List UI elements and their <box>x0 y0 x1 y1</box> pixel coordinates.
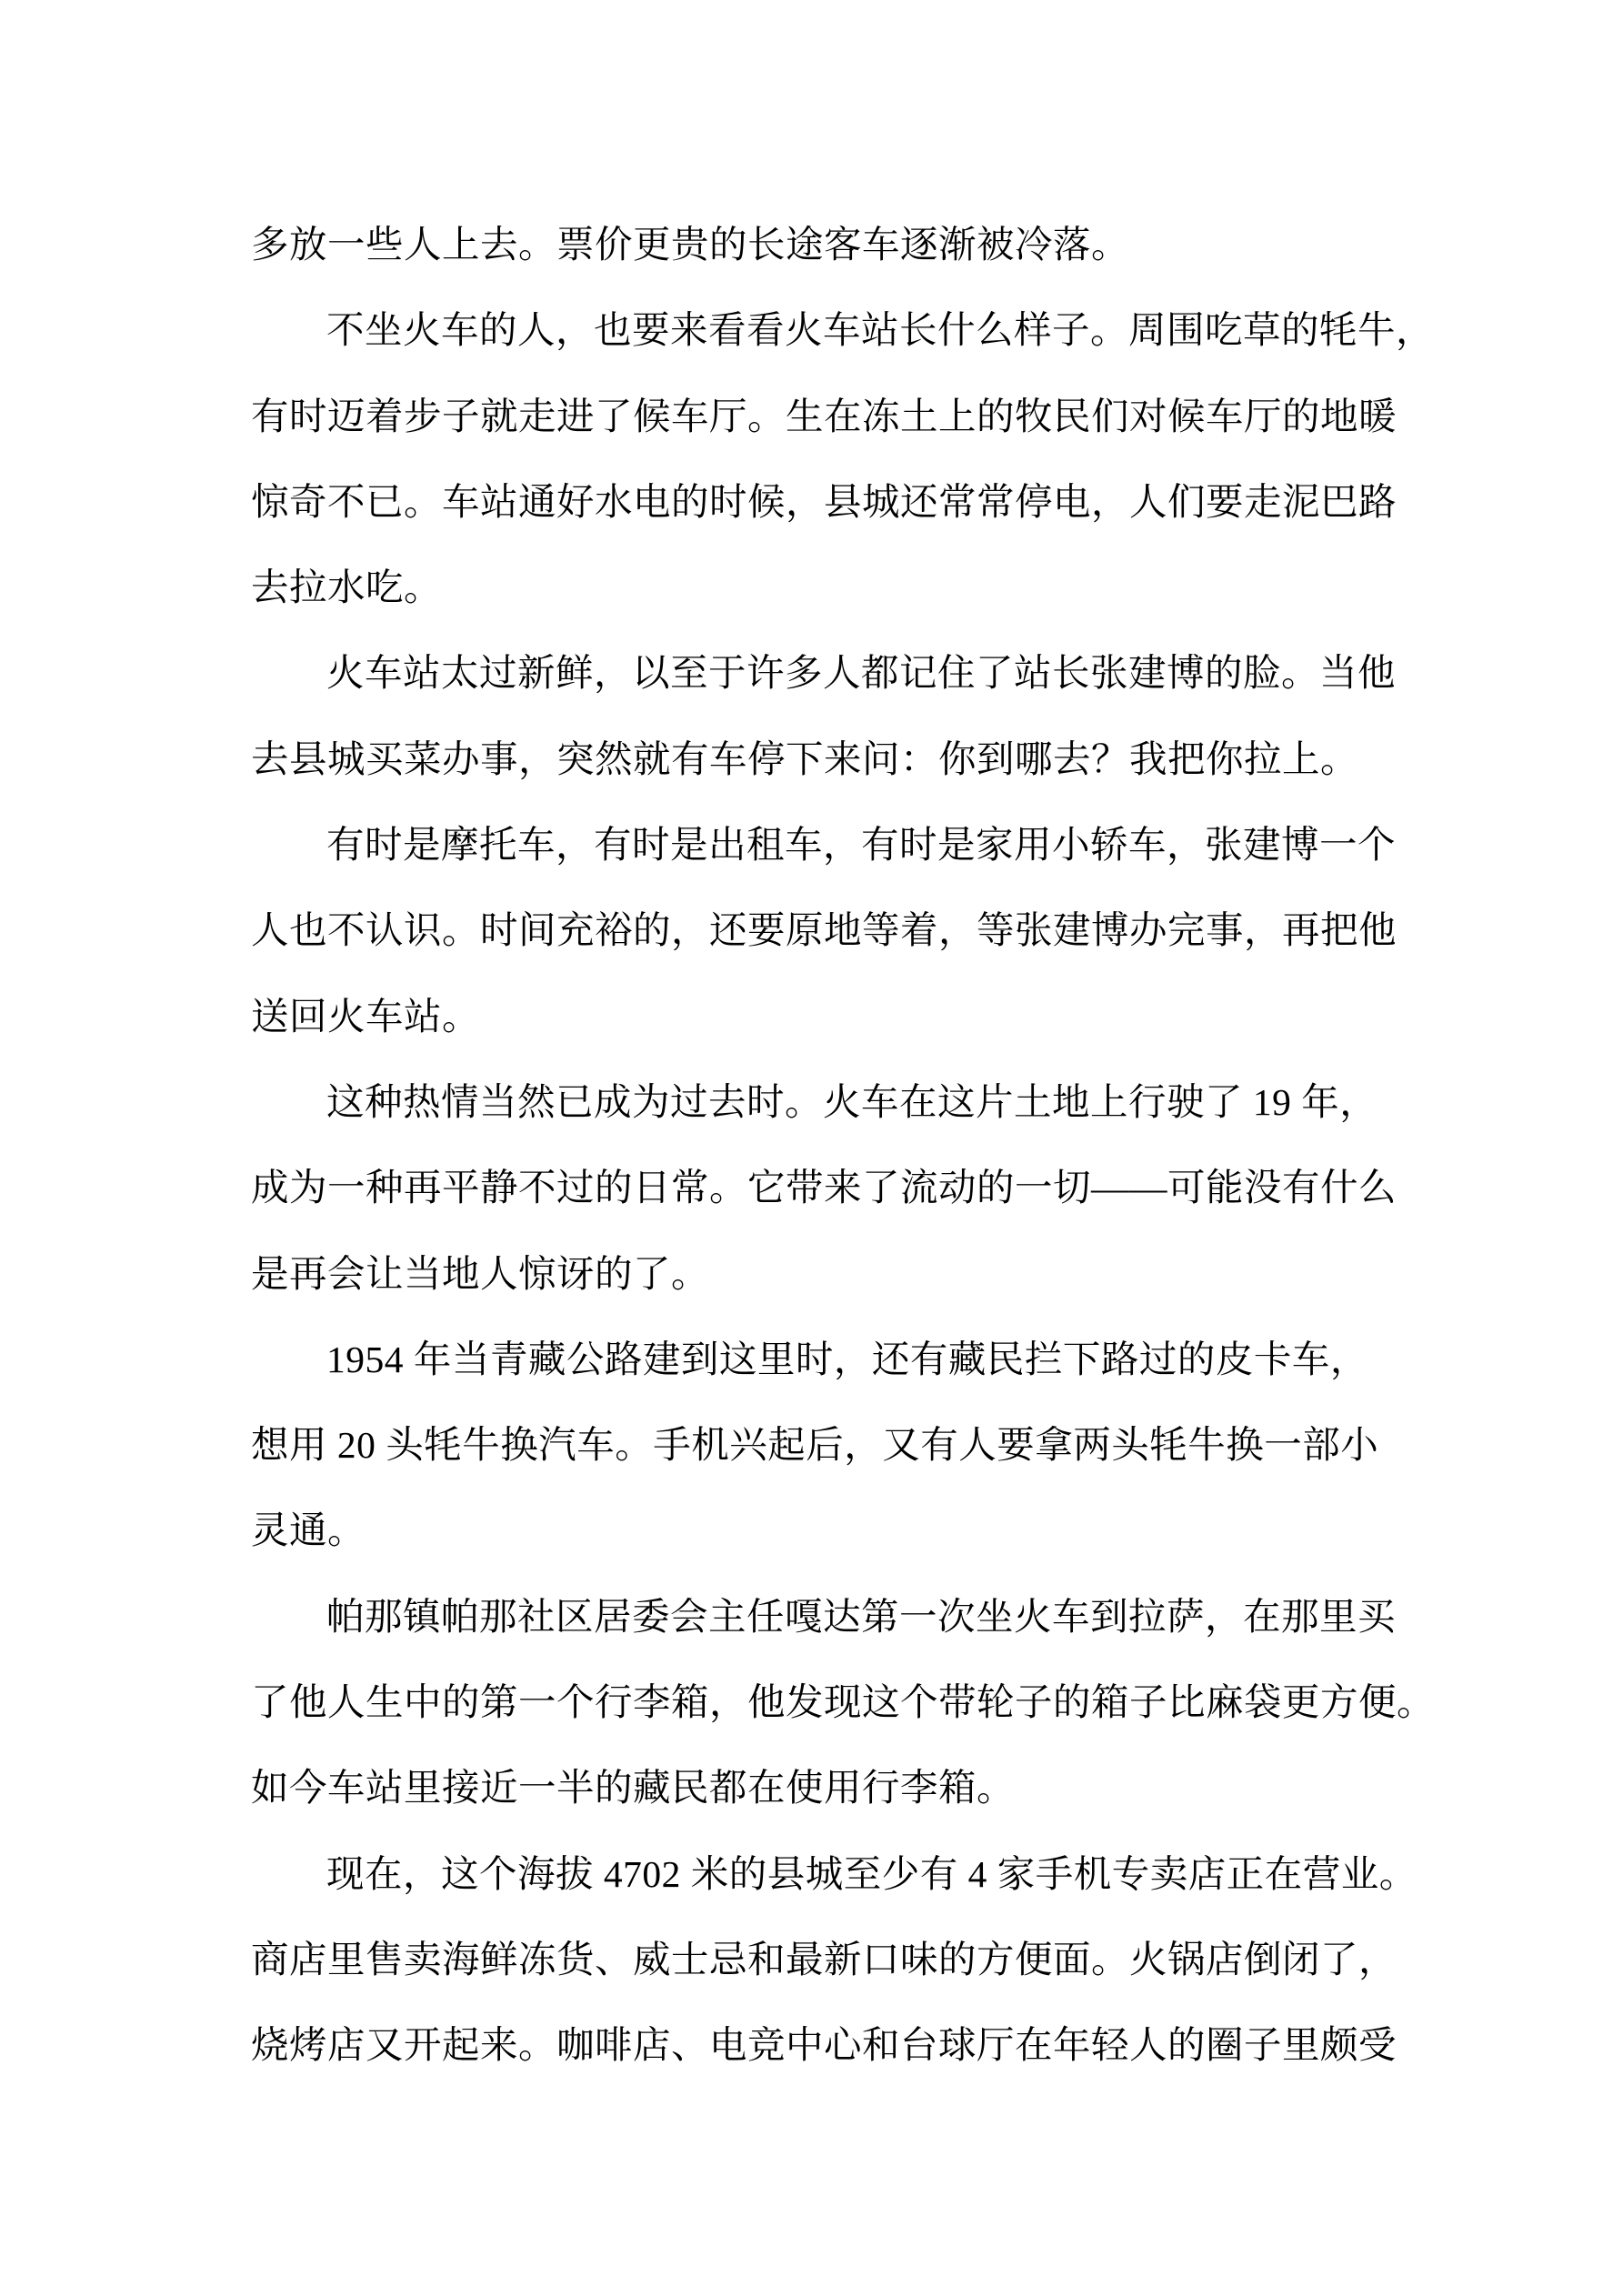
text-line: 有时是摩托车，有时是出租车，有时是家用小轿车，张建博一个 <box>251 802 1397 887</box>
paragraph: 这种热情当然已成为过去时。火车在这片土地上行驶了 19 年， 成为一种再平静不过… <box>251 1059 1397 1317</box>
paragraph: 多放一些人上去。票价更贵的长途客车逐渐被冷落。 <box>251 202 1397 287</box>
text-line: 想用 20 头牦牛换汽车。手机兴起后，又有人要拿两头牦牛换一部小 <box>251 1402 1397 1488</box>
paragraph: 1954 年当青藏公路建到这里时，还有藏民拦下路过的皮卡车， 想用 20 头牦牛… <box>251 1317 1397 1574</box>
text-line: 灵通。 <box>251 1488 1397 1573</box>
text-line: 1954 年当青藏公路建到这里时，还有藏民拦下路过的皮卡车， <box>251 1317 1397 1402</box>
text-line: 去县城买菜办事，突然就有车停下来问：你到哪去？我把你拉上。 <box>251 717 1397 802</box>
text-line: 去拉水吃。 <box>251 545 1397 630</box>
text-line: 不坐火车的人，也要来看看火车站长什么样子。周围吃草的牦牛， <box>251 287 1397 373</box>
text-line: 送回火车站。 <box>251 974 1397 1059</box>
text-line: 这种热情当然已成为过去时。火车在这片土地上行驶了 19 年， <box>251 1059 1397 1145</box>
text-line: 惊奇不已。车站通好水电的时候，县城还常常停电，人们要走泥巴路 <box>251 459 1397 545</box>
paragraph: 帕那镇帕那社区居委会主任嘎达第一次坐火车到拉萨，在那里买 了他人生中的第一个行李… <box>251 1574 1397 1831</box>
text-line: 如今车站里接近一半的藏民都在使用行李箱。 <box>251 1745 1397 1830</box>
text-block: 多放一些人上去。票价更贵的长途客车逐渐被冷落。 不坐火车的人，也要来看看火车站长… <box>251 202 1397 2089</box>
document-page: 多放一些人上去。票价更贵的长途客车逐渐被冷落。 不坐火车的人，也要来看看火车站长… <box>0 0 1623 2296</box>
text-line: 帕那镇帕那社区居委会主任嘎达第一次坐火车到拉萨，在那里买 <box>251 1574 1397 1659</box>
paragraph: 不坐火车的人，也要来看看火车站长什么样子。周围吃草的牦牛， 有时迈着步子就走进了… <box>251 287 1397 630</box>
text-line: 有时迈着步子就走进了候车厅。生在冻土上的牧民们对候车厅的地暖 <box>251 374 1397 459</box>
text-line: 烧烤店又开起来。咖啡店、电竞中心和台球厅在年轻人的圈子里颇受 <box>251 2002 1397 2088</box>
text-line: 是再会让当地人惊讶的了。 <box>251 1231 1397 1317</box>
text-line: 现在，这个海拔 4702 米的县城至少有 4 家手机专卖店正在营业。 <box>251 1831 1397 1917</box>
text-line: 火车站太过新鲜，以至于许多人都记住了站长张建博的脸。当他 <box>251 630 1397 716</box>
text-line: 多放一些人上去。票价更贵的长途客车逐渐被冷落。 <box>251 202 1397 287</box>
text-line: 了他人生中的第一个行李箱，他发现这个带轮子的箱子比麻袋更方便。 <box>251 1659 1397 1745</box>
paragraph: 现在，这个海拔 4702 米的县城至少有 4 家手机专卖店正在营业。 商店里售卖… <box>251 1831 1397 2089</box>
text-line: 商店里售卖海鲜冻货、威士忌和最新口味的方便面。火锅店倒闭了， <box>251 1917 1397 2002</box>
text-line: 人也不认识。时间充裕的，还要原地等着，等张建博办完事，再把他 <box>251 887 1397 973</box>
paragraph: 有时是摩托车，有时是出租车，有时是家用小轿车，张建博一个 人也不认识。时间充裕的… <box>251 802 1397 1059</box>
text-line: 成为一种再平静不过的日常。它带来了流动的一切——可能没有什么 <box>251 1145 1397 1230</box>
paragraph: 火车站太过新鲜，以至于许多人都记住了站长张建博的脸。当他 去县城买菜办事，突然就… <box>251 630 1397 802</box>
